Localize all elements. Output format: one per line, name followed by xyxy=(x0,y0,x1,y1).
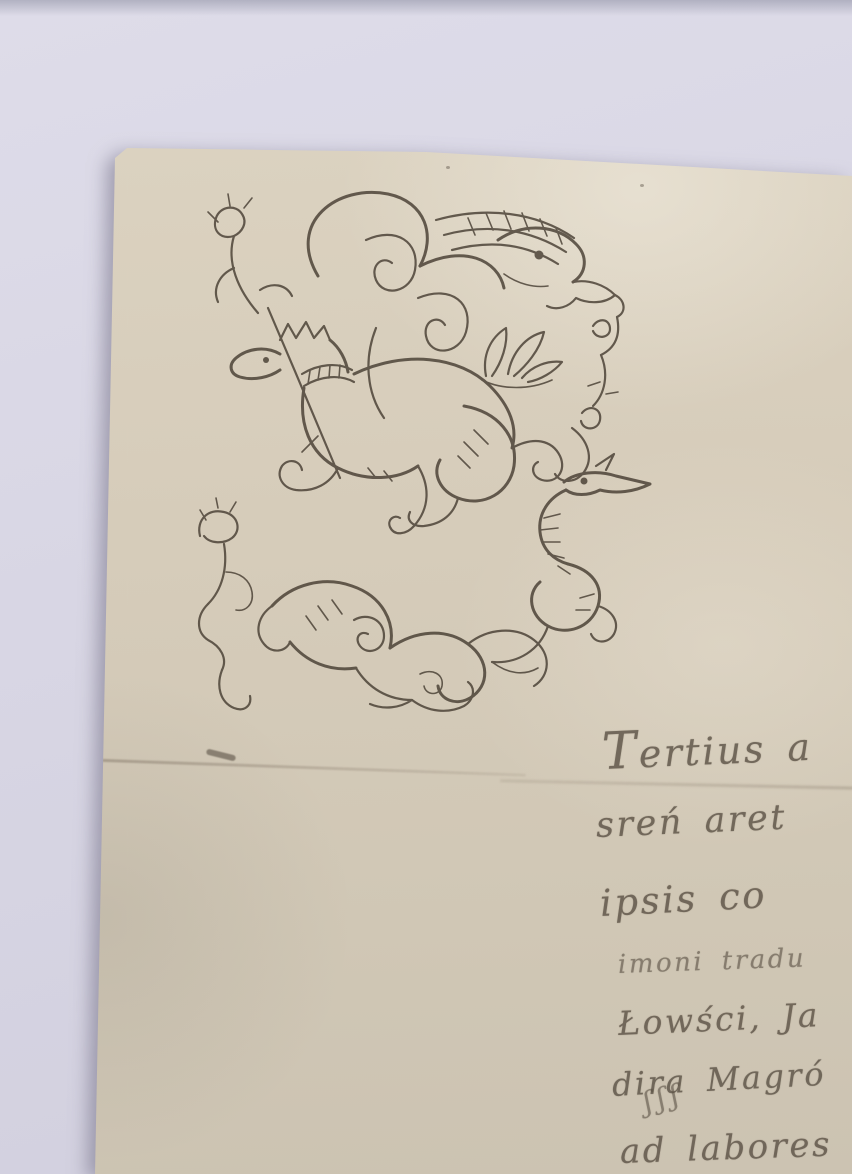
paper-crease-right xyxy=(500,779,852,790)
handwriting-line: Łowści, Ja xyxy=(617,995,821,1043)
floral-sprig-bottom-left xyxy=(199,498,252,709)
staff xyxy=(268,308,340,478)
palmette-leaves xyxy=(482,328,562,388)
handwriting-line: Tertius a xyxy=(601,713,814,782)
paper-crease-left xyxy=(86,758,526,776)
ink-smudge xyxy=(206,748,237,761)
manuscript-photo: Tertius a sreń aret ipsis co imoni tradu… xyxy=(0,0,852,1174)
grotesque-mask xyxy=(258,582,546,711)
floral-sprig-top-left xyxy=(208,194,292,313)
handwriting-line: sreń aret xyxy=(595,798,788,846)
handwriting-line: imoni tradu xyxy=(617,943,806,980)
paper-speck xyxy=(446,166,450,169)
serpent-figure xyxy=(492,454,650,673)
manuscript-paper: Tertius a sreń aret ipsis co imoni tradu… xyxy=(0,0,852,1174)
handwriting-line: ipsis co xyxy=(599,873,768,925)
ornamental-initial-drawing xyxy=(168,178,660,725)
paper-shadow-wrap: Tertius a sreń aret ipsis co imoni tradu… xyxy=(0,0,852,1174)
paper-speck xyxy=(815,170,819,173)
scroll-flourish-top xyxy=(308,192,504,418)
hound-figure xyxy=(231,322,562,533)
handwriting-line: ad labores xyxy=(619,1125,832,1172)
